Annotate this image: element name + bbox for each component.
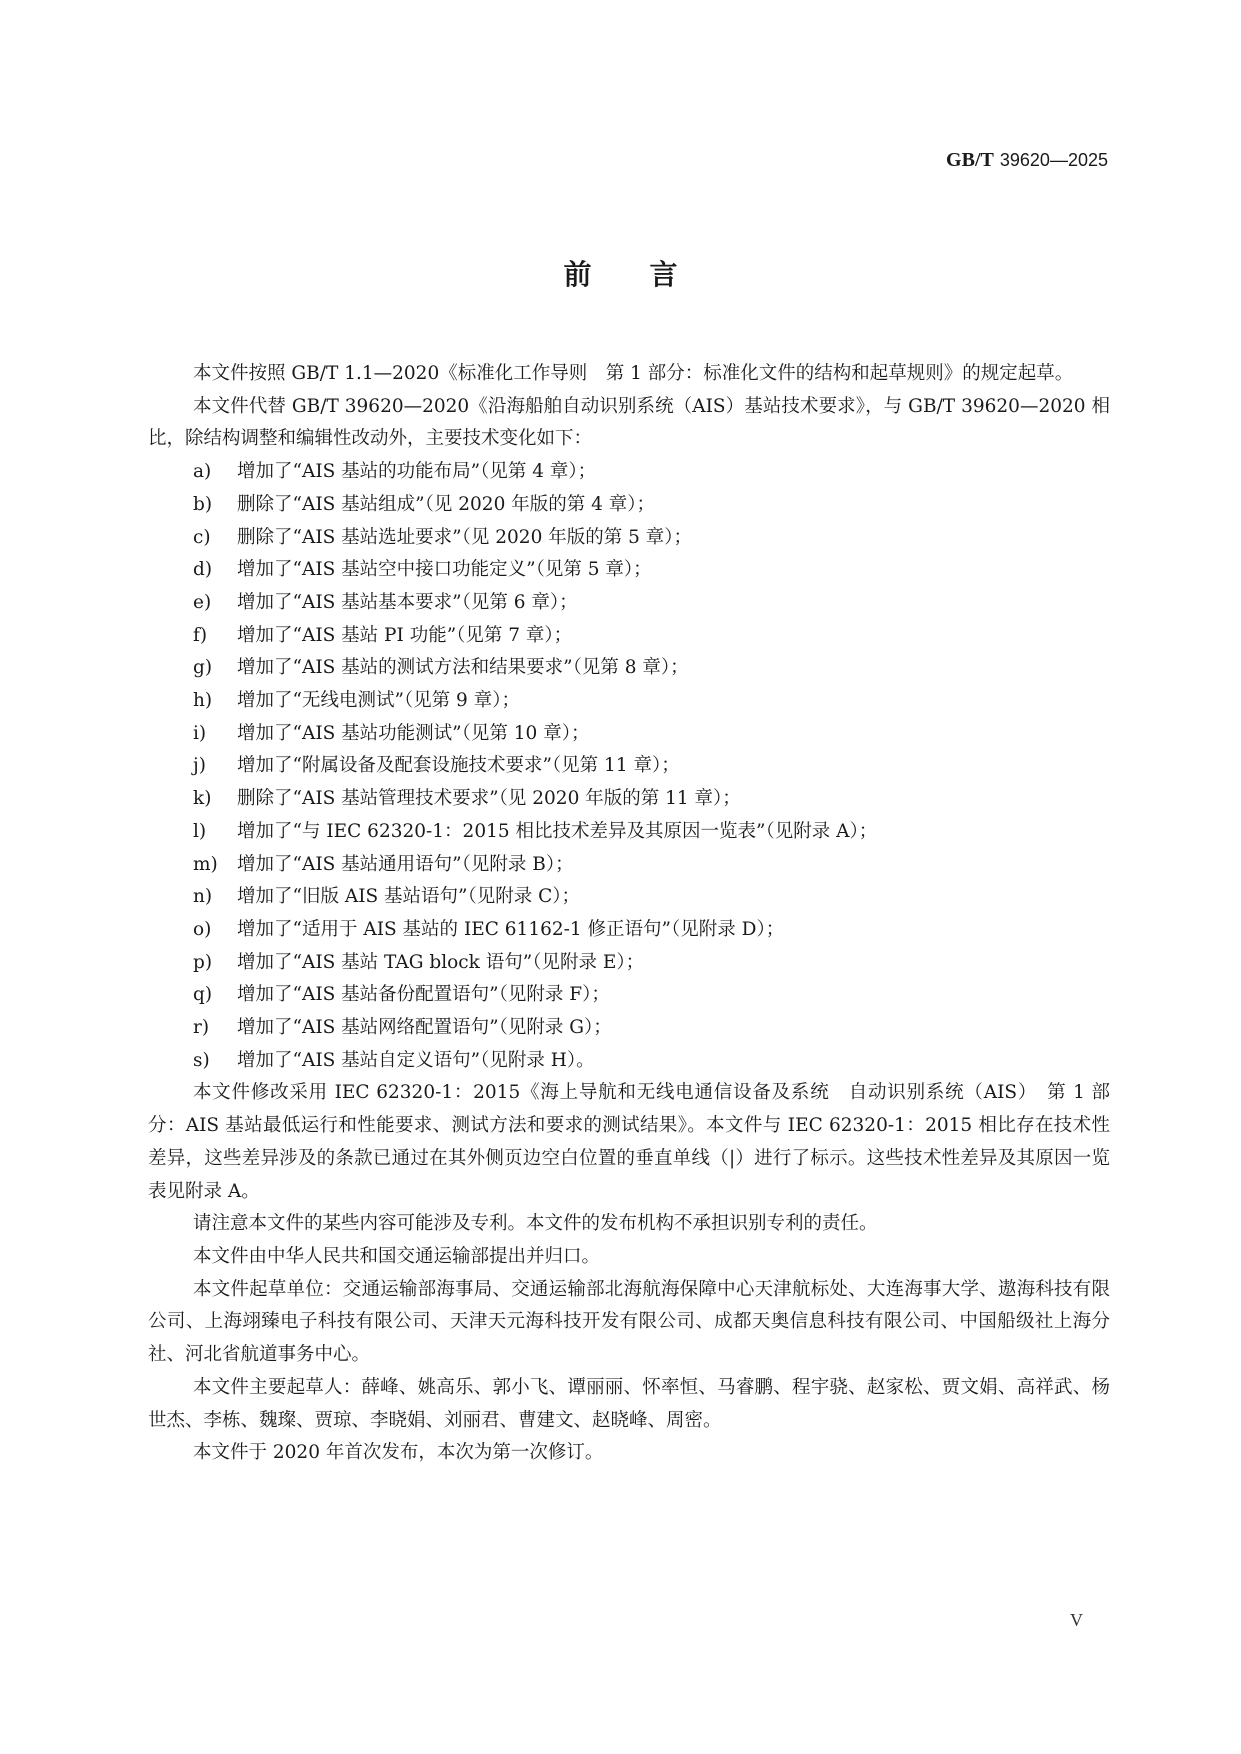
paragraph-replacement: 本文件代替 GB/T 39620—2020《沿海船舶自动识别系统（AIS）基站技…: [148, 391, 1110, 456]
list-item-text: 增加了“附属设备及配套设施技术要求”（见第 11 章）；: [237, 755, 680, 776]
list-marker: o): [193, 914, 211, 947]
list-marker: m): [193, 849, 218, 882]
standard-code-header: GB/T 39620—2025: [946, 146, 1108, 174]
list-item: j)增加了“附属设备及配套设施技术要求”（见第 11 章）；: [148, 750, 1110, 783]
list-item: i)增加了“AIS 基站功能测试”（见第 10 章）；: [148, 718, 1110, 751]
list-item-text: 增加了“AIS 基站的测试方法和结果要求”（见第 8 章）；: [237, 657, 689, 678]
list-marker: i): [193, 718, 206, 751]
list-item-text: 删除了“AIS 基站选址要求”（见 2020 年版的第 5 章）；: [237, 527, 692, 548]
list-item: s)增加了“AIS 基站自定义语句”（见附录 H）。: [148, 1045, 1110, 1078]
list-item: c)删除了“AIS 基站选址要求”（见 2020 年版的第 5 章）；: [148, 522, 1110, 555]
list-item-text: 删除了“AIS 基站组成”（见 2020 年版的第 4 章）；: [237, 494, 655, 515]
list-item-text: 增加了“AIS 基站自定义语句”（见附录 H）。: [237, 1050, 595, 1071]
paragraph-drafting-organizations: 本文件起草单位：交通运输部海事局、交通运输部北海航海保障中心天津航标处、大连海事…: [148, 1274, 1110, 1372]
list-item-text: 增加了“AIS 基站功能测试”（见第 10 章）；: [237, 723, 589, 744]
paragraph-drafting-rules: 本文件按照 GB/T 1.1—2020《标准化工作导则 第 1 部分：标准化文件…: [148, 358, 1110, 391]
list-marker: b): [193, 489, 212, 522]
list-item: d)增加了“AIS 基站空中接口功能定义”（见第 5 章）；: [148, 554, 1110, 587]
list-marker: g): [193, 652, 212, 685]
list-marker: k): [193, 783, 211, 816]
list-item: a)增加了“AIS 基站的功能布局”（见第 4 章）；: [148, 456, 1110, 489]
list-marker: a): [193, 456, 211, 489]
technical-changes-list: a)增加了“AIS 基站的功能布局”（见第 4 章）； b)删除了“AIS 基站…: [148, 456, 1110, 1077]
paragraph-patent-notice: 请注意本文件的某些内容可能涉及专利。本文件的发布机构不承担识别专利的责任。: [148, 1208, 1110, 1241]
foreword-body: 本文件按照 GB/T 1.1—2020《标准化工作导则 第 1 部分：标准化文件…: [148, 358, 1110, 1470]
list-item: h)增加了“无线电测试”（见第 9 章）；: [148, 685, 1110, 718]
page-number: V: [1070, 1610, 1083, 1631]
list-item: p)增加了“AIS 基站 TAG block 语句”（见附录 E）；: [148, 947, 1110, 980]
list-item-text: 增加了“AIS 基站备份配置语句”（见附录 F）；: [237, 984, 610, 1005]
list-item-text: 增加了“AIS 基站通用语句”（见附录 B）；: [237, 854, 574, 875]
list-marker: j): [193, 750, 206, 783]
paragraph-publication-history: 本文件于 2020 年首次发布，本次为第一次修订。: [148, 1437, 1110, 1470]
list-marker: h): [193, 685, 212, 718]
list-marker: l): [193, 816, 206, 849]
list-item: b)删除了“AIS 基站组成”（见 2020 年版的第 4 章）；: [148, 489, 1110, 522]
list-item-text: 增加了“AIS 基站的功能布局”（见第 4 章）；: [237, 461, 596, 482]
list-item-text: 删除了“AIS 基站管理技术要求”（见 2020 年版的第 11 章）；: [237, 788, 741, 809]
paragraph-proposer: 本文件由中华人民共和国交通运输部提出并归口。: [148, 1241, 1110, 1274]
list-item-text: 增加了“AIS 基站网络配置语句”（见附录 G）；: [237, 1017, 612, 1038]
paragraph-iec-adoption: 本文件修改采用 IEC 62320-1：2015《海上导航和无线电通信设备及系统…: [148, 1077, 1110, 1208]
list-marker: p): [193, 947, 212, 980]
list-item: q)增加了“AIS 基站备份配置语句”（见附录 F）；: [148, 979, 1110, 1012]
standard-code-prefix: GB/T: [946, 149, 994, 171]
list-marker: e): [193, 587, 211, 620]
list-item: n)增加了“旧版 AIS 基站语句”（见附录 C）；: [148, 881, 1110, 914]
list-item: o)增加了“适用于 AIS 基站的 IEC 61162-1 修正语句”（见附录 …: [148, 914, 1110, 947]
list-item-text: 增加了“AIS 基站 TAG block 语句”（见附录 E）；: [237, 952, 644, 973]
list-item: l)增加了“与 IEC 62320-1：2015 相比技术差异及其原因一览表”（…: [148, 816, 1110, 849]
list-marker: q): [193, 979, 212, 1012]
list-item-text: 增加了“与 IEC 62320-1：2015 相比技术差异及其原因一览表”（见附…: [237, 821, 877, 842]
list-item-text: 增加了“无线电测试”（见第 9 章）；: [237, 690, 520, 711]
list-item-text: 增加了“AIS 基站 PI 功能”（见第 7 章）；: [237, 625, 572, 646]
list-marker: s): [193, 1045, 210, 1078]
paragraph-drafters: 本文件主要起草人：薛峰、姚高乐、郭小飞、谭丽丽、怀率恒、马睿鹏、程宇骁、赵家松、…: [148, 1372, 1110, 1437]
list-item: e)增加了“AIS 基站基本要求”（见第 6 章）；: [148, 587, 1110, 620]
list-item-text: 增加了“AIS 基站基本要求”（见第 6 章）；: [237, 592, 578, 613]
standard-code-number: 39620—2025: [1000, 150, 1108, 170]
list-item-text: 增加了“AIS 基站空中接口功能定义”（见第 5 章）；: [237, 559, 652, 580]
list-item: g)增加了“AIS 基站的测试方法和结果要求”（见第 8 章）；: [148, 652, 1110, 685]
list-item-text: 增加了“旧版 AIS 基站语句”（见附录 C）；: [237, 886, 580, 907]
list-item: r)增加了“AIS 基站网络配置语句”（见附录 G）；: [148, 1012, 1110, 1045]
list-marker: d): [193, 554, 212, 587]
list-item-text: 增加了“适用于 AIS 基站的 IEC 61162-1 修正语句”（见附录 D）…: [237, 919, 784, 940]
list-item: k)删除了“AIS 基站管理技术要求”（见 2020 年版的第 11 章）；: [148, 783, 1110, 816]
list-item: f)增加了“AIS 基站 PI 功能”（见第 7 章）；: [148, 620, 1110, 653]
list-marker: n): [193, 881, 212, 914]
list-marker: f): [193, 620, 207, 653]
list-marker: r): [193, 1012, 209, 1045]
list-marker: c): [193, 522, 211, 555]
list-item: m)增加了“AIS 基站通用语句”（见附录 B）；: [148, 849, 1110, 882]
page-title: 前言: [0, 255, 1241, 295]
